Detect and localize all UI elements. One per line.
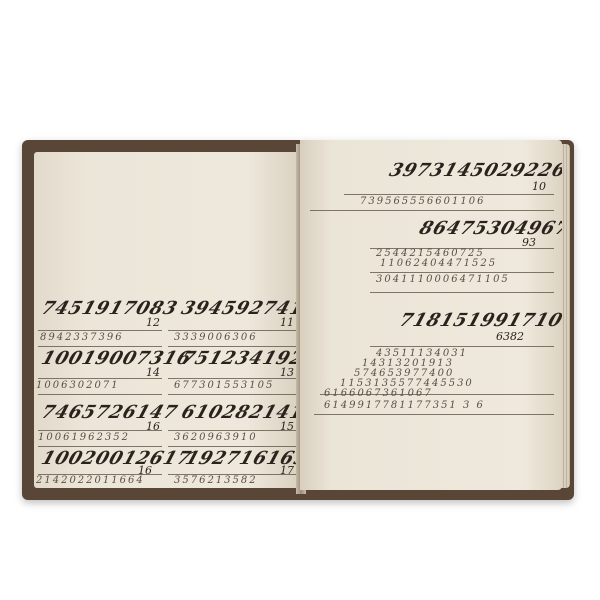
numeral-row: 1006302071 <box>36 380 120 391</box>
divisor: 10 <box>532 180 546 193</box>
left-page: 7451917083 12 8942337396 10019007316 14 … <box>34 152 300 488</box>
numeral-row: 8942337396 <box>40 332 124 343</box>
divisor: 17 <box>280 464 294 477</box>
numeral-row: 3339006306 <box>174 332 258 343</box>
numeral-row: 6149917781177351 3 6 <box>324 400 485 411</box>
divisor: 16 <box>146 420 160 433</box>
divisor: 11 <box>280 316 294 329</box>
rule-line <box>38 378 162 379</box>
open-notebook: 7451917083 12 8942337396 10019007316 14 … <box>22 140 574 500</box>
rule-line <box>168 378 296 379</box>
rule-line <box>168 330 296 331</box>
numeral-row: 3041110006471105 <box>376 274 510 285</box>
numeral-row: 2142022011664 <box>36 475 145 486</box>
numeral-row: 3620963910 <box>174 432 258 443</box>
rule-line <box>168 394 296 395</box>
numeral-row: 6166067361067 <box>324 388 433 399</box>
rule-line <box>38 430 162 431</box>
divisor: 6382 <box>496 330 524 343</box>
divisor: 15 <box>280 420 294 433</box>
rule-line <box>344 194 554 195</box>
rule-line <box>38 330 162 331</box>
rule-line <box>370 272 554 273</box>
numeral-row: 739565556601106 <box>360 196 485 207</box>
rule-line <box>314 414 554 415</box>
rule-line <box>168 446 296 447</box>
numeral-row: 677301553105 <box>174 380 274 391</box>
numeral-row: 10019007316 <box>39 348 195 369</box>
rule-line <box>38 346 162 347</box>
numeral-row: 11062404471525 <box>380 258 497 269</box>
rule-line <box>38 446 162 447</box>
numeral-row: 864753049671053 <box>417 218 562 239</box>
right-page: 39731450292263712 10 739565556601106 864… <box>300 140 562 490</box>
rule-line <box>168 346 296 347</box>
rule-line <box>370 346 554 347</box>
rule-line <box>310 210 554 211</box>
numeral-row: 3576213582 <box>174 475 258 486</box>
rule-line <box>38 394 162 395</box>
numeral-row: 10061962352 <box>38 432 130 443</box>
numeral-row: 7181519917106 <box>397 310 562 331</box>
numeral-row: 39731450292263712 <box>387 160 562 181</box>
divisor: 12 <box>146 316 160 329</box>
rule-line <box>168 430 296 431</box>
numeral-row: 10020012617 <box>39 448 195 469</box>
rule-line <box>370 292 554 293</box>
